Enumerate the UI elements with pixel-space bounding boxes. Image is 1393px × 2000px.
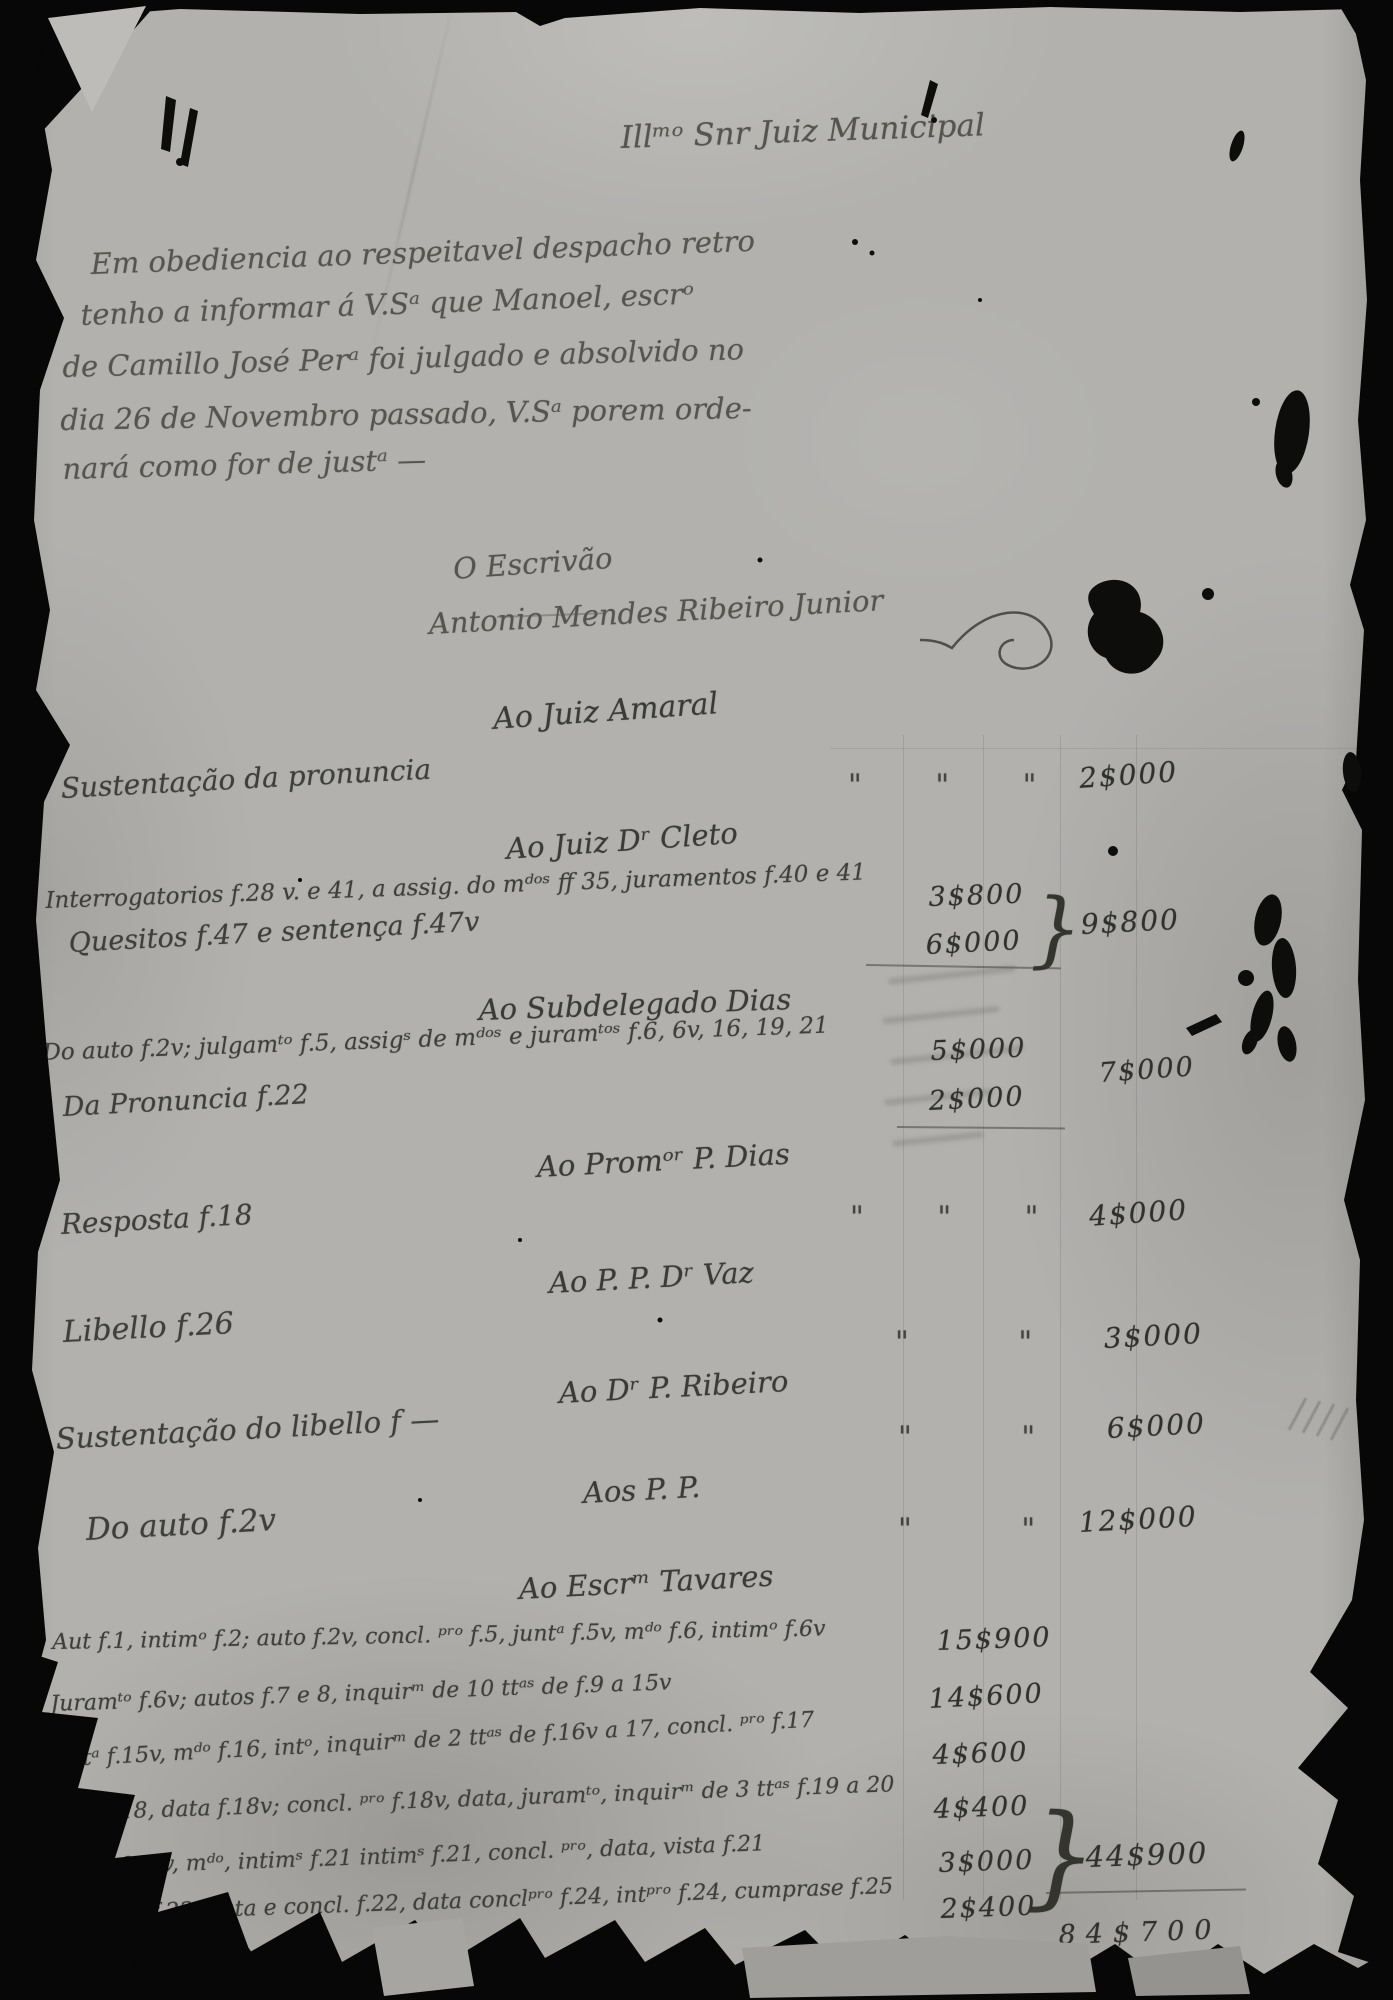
salutation: Illᵐᵒ Snr Juiz Municipal	[620, 107, 985, 156]
ditto-marks: " "	[895, 1325, 1032, 1360]
cost-row-desc: Resposta f.18	[60, 1198, 253, 1241]
cost-row-desc: Quesitos f.47 e sentença f.47v	[68, 906, 480, 958]
cost-amount: 3$000	[938, 1845, 1035, 1879]
group-total: 7$000	[1098, 1051, 1196, 1089]
ditto-marks: " "	[898, 1512, 1035, 1547]
cost-row-desc: Vista f.22, data e concl. f.22, data con…	[88, 1874, 894, 1927]
section-heading: Ao Promᵒʳ P. Dias	[536, 1137, 791, 1184]
cost-row-desc: Aut f.1, intimᵒ f.2; auto f.2v, concl. ᵖ…	[52, 1617, 826, 1655]
section-heading: Ao P. P. Dʳ Vaz	[548, 1255, 755, 1300]
section-heading: Ao Dʳ P. Ribeiro	[558, 1364, 789, 1410]
paragraph-line: de Camillo José Perᵃ foi julgado e absol…	[62, 332, 744, 384]
grand-total: 84$700	[1058, 1914, 1222, 1951]
manuscript-page: Illᵐᵒ Snr Juiz Municipal Em obediencia a…	[0, 0, 1393, 2000]
paragraph-line: nará como for de justᵃ —	[62, 442, 427, 486]
cost-row-desc: Juntᵃ f.15v, mᵈᵒ f.16, intᵒ, inquirᵐ de …	[45, 1708, 815, 1773]
section-heading: Ao Juiz Dʳ Cleto	[505, 816, 739, 866]
cost-amount: 12$000	[1078, 1500, 1198, 1539]
paragraph-line: Em obediencia ao respeitavel despacho re…	[90, 224, 755, 281]
group-brace: }	[1030, 893, 1082, 967]
cost-amount: 5$000	[930, 1033, 1027, 1067]
cost-row-desc: Do auto f.2v; julgamᵗᵒ f.5, assigˢ de mᵈ…	[42, 1013, 829, 1066]
ledger-line	[830, 748, 1370, 749]
group-total: 44$900	[1085, 1836, 1209, 1874]
cost-row-desc: Vista f.18, data f.18v; concl. ᵖʳᵒ f.18v…	[42, 1772, 895, 1827]
group-total: 9$800	[1080, 903, 1181, 941]
section-heading: Ao Juiz Amaral	[492, 686, 719, 737]
cost-row-desc: Juramᵗᵒ f.6v; autos f.7 e 8, inquirᵐ de …	[50, 1670, 672, 1717]
closing-title: O Escrivão	[452, 541, 614, 586]
cost-amount: 14$600	[928, 1678, 1045, 1715]
cost-amount: 4$400	[933, 1791, 1030, 1825]
cost-amount: 2$000	[928, 1081, 1025, 1117]
sum-underline	[897, 1126, 1065, 1129]
ditto-marks: " "	[898, 1420, 1035, 1455]
cost-amount: 3$000	[1103, 1317, 1204, 1355]
folded-corner	[48, 6, 146, 112]
cost-row-desc: Interrogatorios f.28 v. e 41, a assig. d…	[45, 859, 866, 914]
ledger-line	[903, 735, 904, 1900]
section-heading: Ao Escrᵐ Tavares	[518, 1559, 774, 1606]
cost-row-desc: Libello f.26	[62, 1306, 235, 1350]
cost-row-desc: Sustentação da pronuncia	[60, 753, 432, 805]
ditto-marks: " " "	[850, 1200, 1038, 1235]
bleed-through-text	[892, 1131, 984, 1147]
cost-amount: 2$400	[940, 1891, 1037, 1925]
cost-amount: 15$900	[936, 1622, 1052, 1657]
scratch-marks	[1330, 1407, 1350, 1440]
cost-amount: 6$000	[1106, 1407, 1207, 1445]
cost-row-desc: Do auto f.2v	[85, 1502, 277, 1548]
cost-row-desc: Da Pronuncia f.22	[62, 1079, 310, 1123]
signature-flourish	[920, 612, 1051, 668]
cost-row-desc: Juntᵃ f.20v, mᵈᵒ, intimˢ f.21 intimˢ f.2…	[58, 1831, 766, 1881]
cost-amount: 2$000	[1078, 755, 1179, 795]
ditto-marks: " " "	[848, 768, 1036, 803]
cost-amount: 4$000	[1088, 1193, 1189, 1233]
section-heading: Aos P. P.	[582, 1470, 701, 1510]
paragraph-line: dia 26 de Novembro passado, V.Sᵃ porem o…	[60, 391, 752, 437]
cost-amount: 3$800	[928, 879, 1025, 913]
cost-amount: 4$600	[932, 1737, 1029, 1771]
cost-amount: 6$000	[925, 925, 1022, 961]
signature: Antonio Mendes Ribeiro Junior	[428, 583, 884, 641]
cost-row-desc: Sustentação do libello f —	[55, 1402, 440, 1456]
